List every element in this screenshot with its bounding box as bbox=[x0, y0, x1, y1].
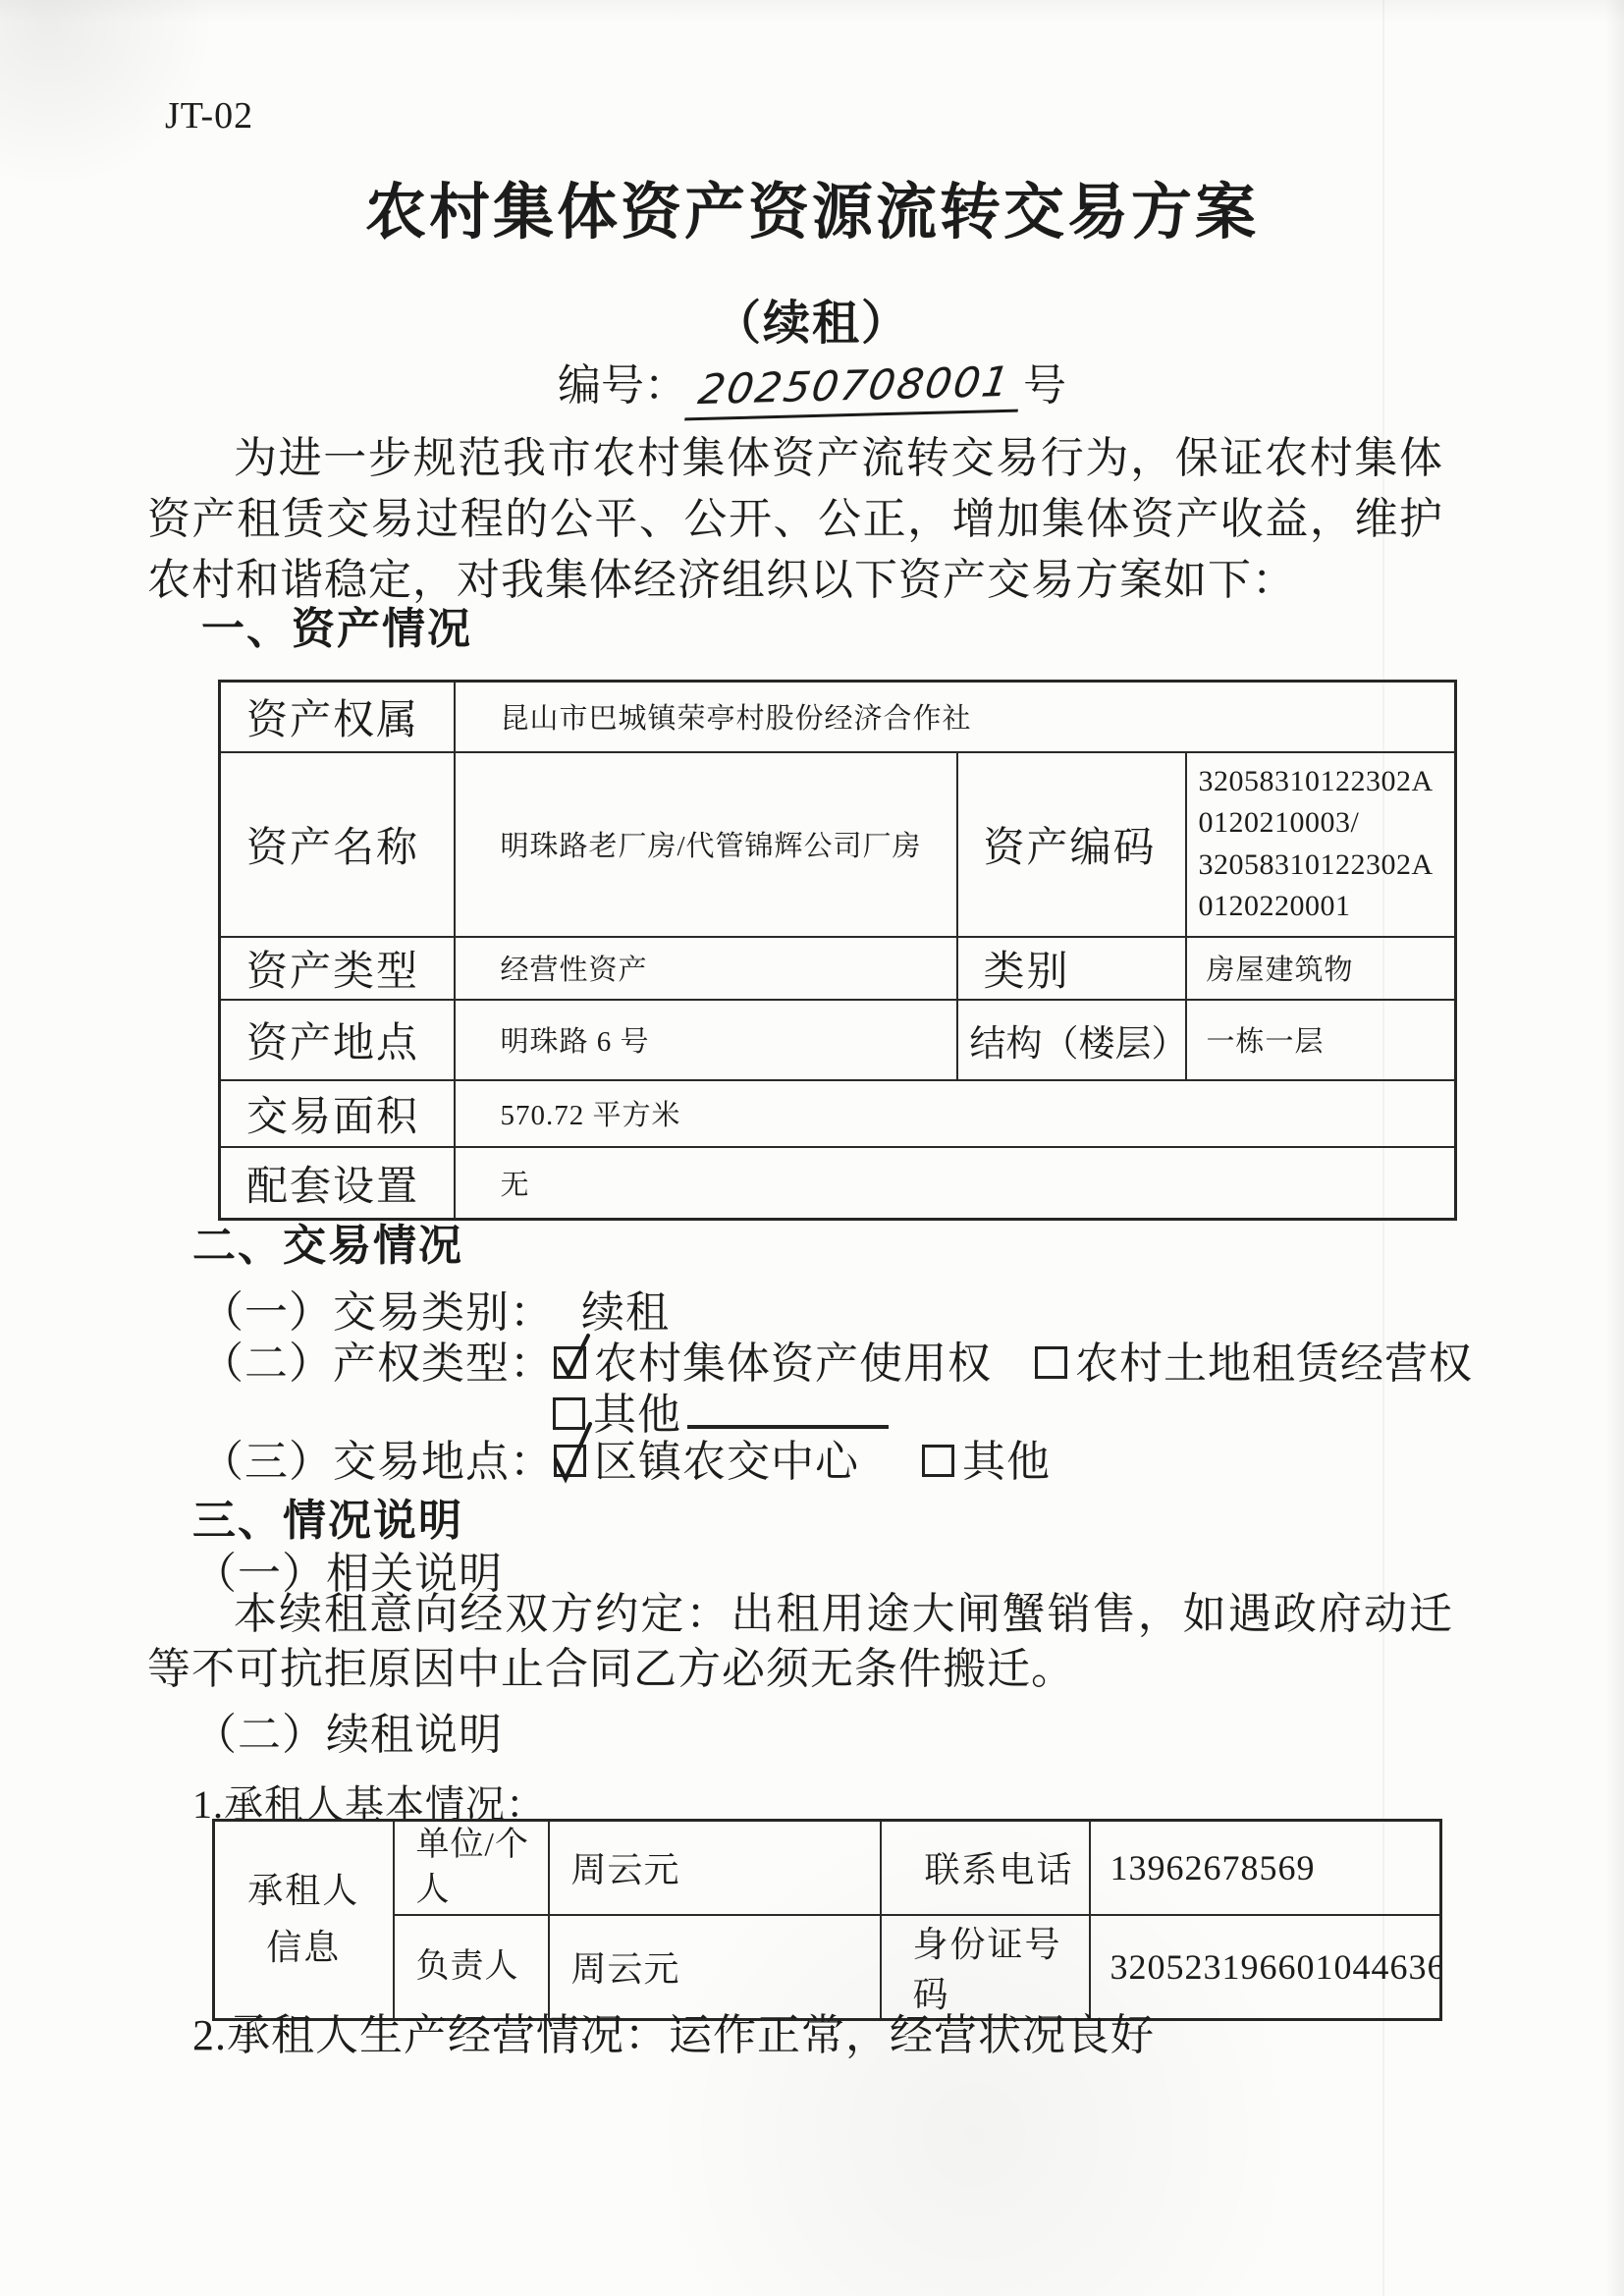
checkbox bbox=[1035, 1346, 1067, 1379]
unit-individual-label: 单位/个人 bbox=[394, 1821, 549, 1915]
asset-type-value: 经营性资产 bbox=[455, 937, 957, 1000]
table-row: 资产地点 明珠路 6 号 结构（楼层） 一栋一层 bbox=[220, 1000, 1456, 1080]
option-other-venue: 其他 bbox=[922, 1438, 1051, 1486]
checkbox bbox=[922, 1445, 954, 1477]
facilities-value: 无 bbox=[455, 1147, 1456, 1220]
option-district-town-agri-center: 区镇农交中心 bbox=[554, 1438, 859, 1486]
option-label: 其他 bbox=[962, 1438, 1051, 1486]
scanned-document-page: JT-02 农村集体资产资源流转交易方案 （续租） 编号：20250708001… bbox=[0, 0, 1624, 2296]
table-row: 资产权属 昆山市巴城镇荣亭村股份经济合作社 bbox=[220, 682, 1456, 752]
asset-type-label: 资产类型 bbox=[220, 937, 455, 1000]
structure-value: 一栋一层 bbox=[1186, 1000, 1456, 1080]
asset-code-2: 32058310122302A0120220001 bbox=[1199, 845, 1443, 928]
asset-ownership-label: 资产权属 bbox=[220, 682, 455, 752]
facilities-label: 配套设置 bbox=[220, 1147, 455, 1220]
asset-location-value: 明珠路 6 号 bbox=[455, 1000, 957, 1080]
table-row: 资产类型 经营性资产 类别 房屋建筑物 bbox=[220, 937, 1456, 1000]
area-value: 570.72 平方米 bbox=[455, 1080, 1456, 1147]
checkbox bbox=[554, 1346, 586, 1379]
serial-number-line: 编号：20250708001号 bbox=[0, 350, 1624, 416]
blank-underline bbox=[687, 1390, 889, 1429]
asset-info-table: 资产权属 昆山市巴城镇荣亭村股份经济合作社 资产名称 明珠路老厂房/代管锦辉公司… bbox=[218, 680, 1457, 1221]
phone-label: 联系电话 bbox=[881, 1821, 1090, 1915]
structure-label: 结构（楼层） bbox=[957, 1000, 1186, 1080]
asset-location-label: 资产地点 bbox=[220, 1000, 455, 1080]
section2-heading: 二、交易情况 bbox=[192, 1210, 463, 1273]
renewal-notes-heading: （二）续租说明 bbox=[193, 1699, 503, 1762]
intro-paragraph: 为进一步规范我市农村集体资产流转交易行为，保证农村集体资产租赁交易过程的公平、公… bbox=[147, 428, 1443, 611]
asset-code-value: 32058310122302A0120210003/ 3205831012230… bbox=[1186, 752, 1456, 937]
table-row: 配套设置 无 bbox=[220, 1147, 1456, 1220]
transaction-venue-label: （三）交易地点： bbox=[200, 1438, 554, 1486]
asset-code-label: 资产编码 bbox=[957, 752, 1186, 937]
phone-value: 13962678569 bbox=[1090, 1821, 1441, 1915]
section1-heading: 一、资产情况 bbox=[201, 593, 472, 656]
property-right-type-label: （二）产权类型： bbox=[200, 1339, 554, 1388]
checkbox bbox=[554, 1445, 586, 1477]
renter-info-group-label: 承租人信息 bbox=[214, 1821, 394, 2020]
category-value: 房屋建筑物 bbox=[1186, 937, 1456, 1000]
asset-name-value: 明珠路老厂房/代管锦辉公司厂房 bbox=[455, 752, 957, 937]
unit-individual-value: 周云元 bbox=[549, 1821, 881, 1915]
serial-suffix: 号 bbox=[1023, 361, 1066, 410]
table-row: 交易面积 570.72 平方米 bbox=[220, 1080, 1456, 1147]
serial-label: 编号： bbox=[558, 361, 687, 410]
asset-ownership-value: 昆山市巴城镇荣亭村股份经济合作社 bbox=[455, 682, 1456, 752]
renter-info-table: 承租人信息 单位/个人 周云元 联系电话 13962678569 负责人 周云元… bbox=[212, 1819, 1442, 2021]
area-label: 交易面积 bbox=[220, 1080, 455, 1147]
table-row: 资产名称 明珠路老厂房/代管锦辉公司厂房 资产编码 32058310122302… bbox=[220, 752, 1456, 937]
table-row: 承租人信息 单位/个人 周云元 联系电话 13962678569 bbox=[214, 1821, 1441, 1915]
related-notes-paragraph: 本续租意向经双方约定：出租用途大闸蟹销售，如遇政府动迁等不可抗拒原因中止合同乙方… bbox=[147, 1587, 1453, 1697]
option-label: 区镇农交中心 bbox=[594, 1438, 859, 1486]
asset-name-label: 资产名称 bbox=[220, 752, 455, 937]
transaction-venue-line: （三）交易地点：区镇农交中心其他 bbox=[200, 1426, 1051, 1489]
option-rural-land-lease-right: 农村土地租赁经营权 bbox=[1035, 1339, 1473, 1388]
checkmark-icon bbox=[549, 1416, 596, 1487]
serial-number-handwritten: 20250708001 bbox=[684, 357, 1026, 421]
asset-code-1: 32058310122302A0120210003/ bbox=[1199, 761, 1443, 845]
document-subtitle: （续租） bbox=[0, 285, 1624, 353]
category-label: 类别 bbox=[957, 937, 1186, 1000]
option-label: 农村土地租赁经营权 bbox=[1075, 1339, 1473, 1388]
document-title: 农村集体资产资源流转交易方案 bbox=[0, 163, 1624, 250]
checkmark-icon bbox=[554, 1330, 593, 1381]
operation-status-note: 2.承租人生产经营情况：运作正常，经营状况良好 bbox=[192, 1999, 1155, 2062]
form-code: JT-02 bbox=[165, 94, 253, 137]
